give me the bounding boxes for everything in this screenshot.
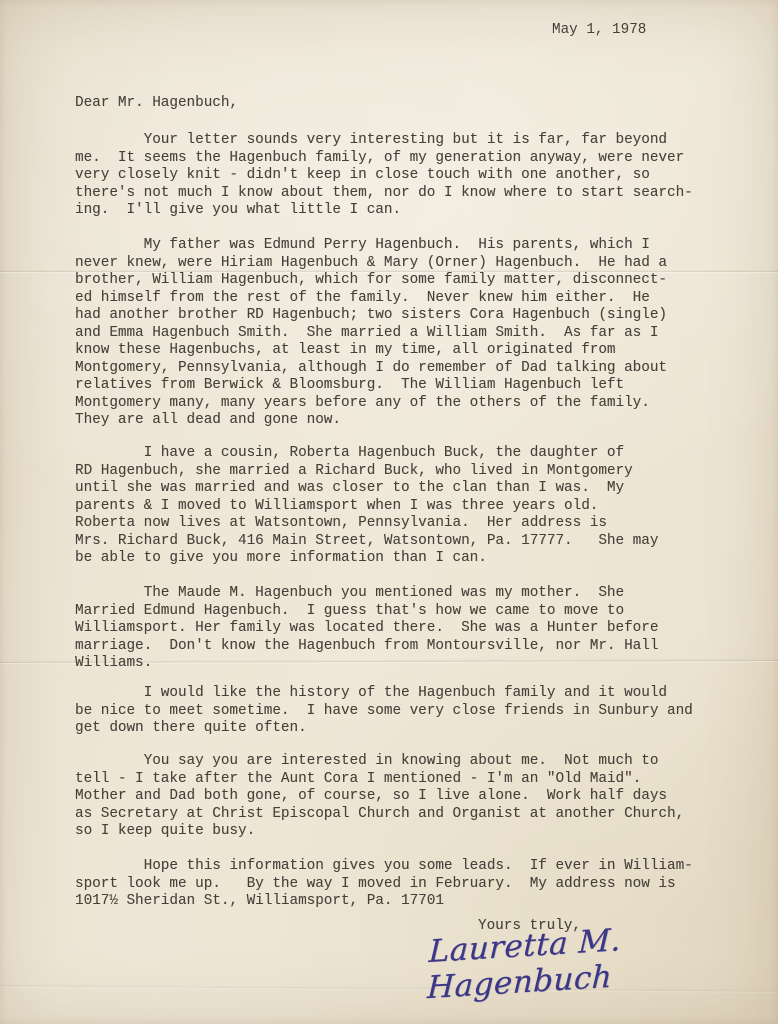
letter-body: Dear Mr. Hagenbuch, Your letter sounds v… [75,95,767,935]
letter-paragraph-1: Your letter sounds very interesting but … [75,132,767,220]
letter-paragraph-3: I have a cousin, Roberta Hagenbuch Buck,… [75,445,767,568]
letter-paragraph-7: Hope this information gives you some lea… [75,858,767,911]
letter-paragraph-5: I would like the history of the Hagenbuc… [75,685,767,738]
letter-paragraph-6: You say you are interested in knowing ab… [75,753,767,841]
letter-date: May 1, 1978 [552,22,646,40]
letter-page: May 1, 1978 Dear Mr. Hagenbuch, Your let… [0,0,778,1024]
letter-paragraph-4: The Maude M. Hagenbuch you mentioned was… [75,585,767,673]
letter-salutation: Dear Mr. Hagenbuch, [75,95,767,113]
letter-paragraph-2: My father was Edmund Perry Hagenbuch. Hi… [75,237,767,430]
